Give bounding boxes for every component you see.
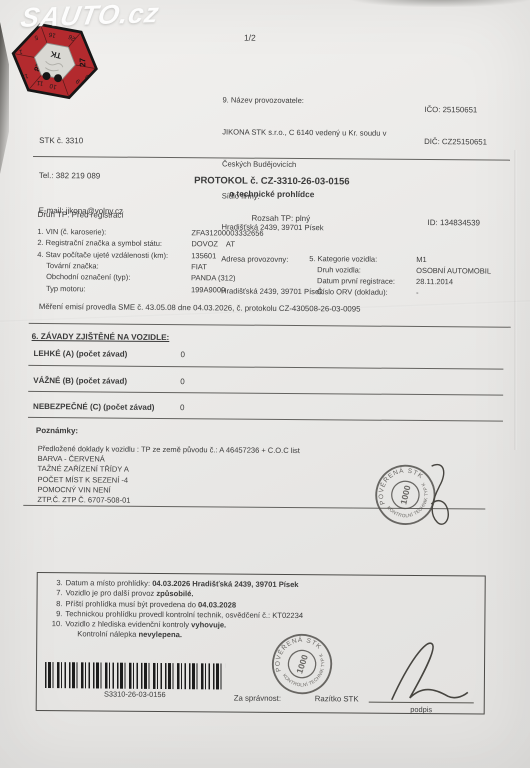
operator-name-line2: Českých Budějovicích [222,159,386,171]
item-text: Vozidlo z hlediska evidenční kontroly [65,619,191,629]
podpis-signature [382,636,473,705]
item-text: Datum a místo prohlídky: [66,578,153,588]
item-number: 3. [48,578,63,588]
operator-label: 9. Název provozovatele: [222,96,386,108]
item-number [59,630,74,640]
conclusion-box: 3. Datum a místo prohlídky: 04.03.2026 H… [36,572,486,715]
barcode-number: S3310-26-03-0156 [45,689,225,700]
odometer-value: 135601 [191,251,216,261]
item-bold-text: 04.03.2028 [198,600,236,609]
category-label: 5. Kategorie vozidla: [309,254,377,264]
emission-measurement-note: Měření emisí provedla SME č. 43.05.08 dn… [39,302,361,314]
item-bold-text: způsobilé. [156,589,193,598]
protocol-id: ID: 134834539 [427,218,480,228]
model-value: PANDA (312) [191,273,236,283]
item-number: 10. [47,619,62,629]
conclusion-item: Kontrolní nálepka nevylepena. [47,630,303,642]
make-value: FIAT [191,262,207,271]
vehicle-kind-value: OSOBNÍ AUTOMOBIL [416,266,491,276]
stamp-center-number: 1000 [398,484,412,505]
make-label: Tovární značka: [46,261,99,271]
paper-background: 1 12 11 10 9 6 5 16 26 28 27 TK [0,0,530,768]
item-bold-text: nevylepena. [138,630,182,639]
notes-line: BARVA - ČERVENÁ [38,454,105,464]
station-number: STK č. 3310 [39,135,124,147]
notes-heading: Poznámky: [36,426,78,436]
plate-label: 2. Registrační značka a symbol státu: [37,238,162,248]
inspection-type: Druh TP: Před registrací [38,210,124,221]
first-registration-value: 28.11.2014 [416,277,453,287]
ico-number: IČO: 25150651 [424,105,487,116]
za-spravnost-label: Za správnost: [234,694,281,704]
conclusion-items: 3. Datum a místo prohlídky: 04.03.2026 H… [47,578,303,642]
notes-line: POMOCNÝ VIN NENÍ [37,485,110,495]
document-content: 1 12 11 10 9 6 5 16 26 28 27 TK [0,0,530,768]
defects-heading: 6. ZÁVADY ZJIŠTĚNÉ NA VOZIDLE: [32,332,170,343]
item-text: Kontrolní nálepka [77,630,138,639]
orv-number-label: Číslo ORV (dokladu): [317,287,388,297]
defects-divider [28,365,503,370]
inspection-scope: Rozsah TP: plný [252,214,311,224]
defects-minor-count: 0 [180,350,185,360]
section-divider [29,323,511,328]
item-number: 8. [47,599,62,609]
item-text: Příští prohlídka musí být provedena do [65,599,198,609]
stamp-center-number: 1000 [294,653,310,675]
defects-divider [28,391,503,396]
defects-divider [28,417,503,422]
item-number: 7. [48,588,63,598]
odometer-label: 4. Stav počítače ujeté vzdálenosti (km): [37,250,168,260]
protocol-barcode [45,662,225,689]
vehicle-kind-label: Druh vozidla: [317,265,361,275]
operator-name-line1: JIKONA STK s.r.o., C 6140 vedený u Kr. s… [222,127,386,139]
notes-line: ZTP.Č. ZTP Č. 6707-508-01 [37,495,130,505]
notes-line: TAŽNÉ ZAŘÍZENÍ TŘÍDY A [38,464,129,474]
item-text: Vozidlo je pro další provoz [66,589,157,599]
first-registration-label: Datum první registrace: [317,276,395,286]
defects-dangerous-label: NEBEZPEČNÉ (C) (počet závad) [33,402,154,413]
sticker-inner-number: 27 [78,57,87,67]
razitko-stk-label: Razítko STK [315,694,359,704]
defects-serious-label: VÁŽNÉ (B) (počet závad) [33,376,127,387]
category-value: M1 [416,255,426,264]
engine-type-value: 199A9000 [191,285,225,295]
plate-value: DOVOZ AT [191,239,235,249]
item-text: Technickou prohlídku provedl kontrolní t… [65,609,303,620]
item-number: 9. [47,609,62,619]
defects-serious-count: 0 [180,377,185,387]
technician-signature [417,458,478,530]
item-bold-text: vyhovuje. [191,620,226,629]
item-bold-text: 04.03.2026 Hradišťská 2439, 39701 Písek [152,579,298,589]
defects-minor-label: LEHKÉ (A) (počet závad) [33,349,127,360]
vin-value: ZFA31200003332656 [191,228,263,238]
dic-number: DIČ: CZ25150651 [424,137,487,148]
company-ids-block: IČO: 25150651 DIČ: CZ25150651 [424,83,488,170]
model-label: Obchodní označení (typ): [46,272,130,282]
vin-label: 1. VIN (č. karoserie): [37,227,106,237]
engine-type-label: Typ motoru: [46,284,86,294]
podpis-label: podpis [369,705,474,715]
defects-dangerous-count: 0 [180,403,185,413]
orv-number-value: - [416,288,419,297]
notes-line: POČET MÍST K SEZENÍ -4 [37,475,128,485]
sauto-watermark: SAUTO.cz [18,0,161,34]
page-indicator: 1/2 [244,33,256,44]
